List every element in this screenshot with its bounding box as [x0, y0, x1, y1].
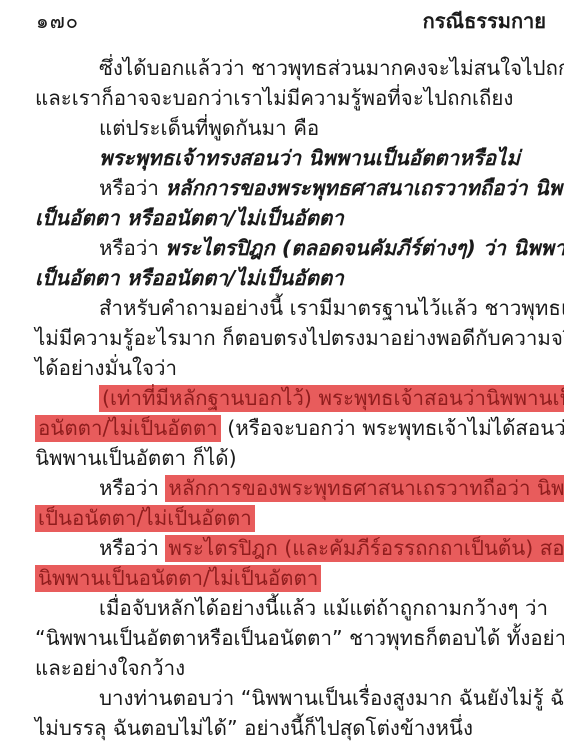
text-line: เป็นอนัตตา/ไม่เป็นอัตตา — [35, 503, 548, 533]
text-line: และเราก็อาจจะบอกว่าเราไม่มีความรู้พอที่จ… — [35, 83, 548, 113]
emphasis-text-segment: พระพุทธเจ้าทรงสอนว่า นิพพานเป็นอัตตาหรือ… — [99, 146, 520, 170]
text-segment: สำหรับคำถามอย่างนี้ เรามีมาตรฐานไว้แล้ว … — [99, 296, 564, 320]
text-segment: หรือว่า — [99, 476, 165, 500]
text-segment: หรือว่า — [99, 536, 165, 560]
emphasis-text-segment: เป็นอัตตา หรืออนัตตา/ไม่เป็นอัตตา — [35, 206, 344, 230]
text-segment: แต่ประเด็นที่พูดกันมา คือ — [99, 116, 319, 140]
text-line: สำหรับคำถามอย่างนี้ เรามีมาตรฐานไว้แล้ว … — [35, 293, 548, 323]
text-segment: เมื่อจับหลักได้อย่างนี้แล้ว แม้แต่ถ้าถูก… — [99, 596, 548, 620]
text-segment: ซึ่งได้บอกแล้วว่า ชาวพุทธส่วนมากคงจะไม่ส… — [99, 56, 564, 80]
book-page: ๑๗๐ กรณีธรรมกาย ซึ่งได้บอกแล้วว่า ชาวพุท… — [0, 0, 564, 748]
text-segment: และเราก็อาจจะบอกว่าเราไม่มีความรู้พอที่จ… — [35, 86, 513, 110]
text-line: อนัตตา/ไม่เป็นอัตตา (หรือจะบอกว่า พระพุท… — [35, 413, 548, 443]
text-line: เป็นอัตตา หรืออนัตตา/ไม่เป็นอัตตา — [35, 263, 548, 293]
text-line: พระพุทธเจ้าทรงสอนว่า นิพพานเป็นอัตตาหรือ… — [35, 143, 548, 173]
text-line: แต่ประเด็นที่พูดกันมา คือ — [35, 113, 548, 143]
text-segment: บางท่านตอบว่า “นิพพานเป็นเรื่องสูงมาก ฉั… — [99, 686, 564, 710]
text-segment: หรือว่า — [99, 176, 165, 200]
emphasis-text-segment: เป็นอัตตา หรืออนัตตา/ไม่เป็นอัตตา — [35, 266, 344, 290]
text-segment: ไม่มีความรู้อะไรมาก ก็ตอบตรงไปตรงมาอย่าง… — [35, 326, 564, 350]
text-segment: ได้อย่างมั่นใจว่า — [35, 356, 177, 380]
highlighted-text-segment: อนัตตา/ไม่เป็นอัตตา — [35, 415, 221, 442]
text-segment: นิพพานเป็นอัตตา ก็ได้) — [35, 446, 237, 470]
text-line: ได้อย่างมั่นใจว่า — [35, 353, 548, 383]
text-line: เป็นอัตตา หรืออนัตตา/ไม่เป็นอัตตา — [35, 203, 548, 233]
text-line: เมื่อจับหลักได้อย่างนี้แล้ว แม้แต่ถ้าถูก… — [35, 593, 548, 623]
text-line: หรือว่า หลักการของพระพุทธศาสนาเถรวาทถือว… — [35, 173, 548, 203]
text-segment: หรือว่า — [99, 236, 165, 260]
text-line: บางท่านตอบว่า “นิพพานเป็นเรื่องสูงมาก ฉั… — [35, 683, 548, 713]
text-line: หรือว่า พระไตรปิฎก (ตลอดจนคัมภีร์ต่างๆ) … — [35, 233, 548, 263]
highlighted-text-segment: (เท่าที่มีหลักฐานบอกไว้) พระพุทธเจ้าสอนว… — [99, 385, 564, 412]
text-line: ซึ่งได้บอกแล้วว่า ชาวพุทธส่วนมากคงจะไม่ส… — [35, 53, 548, 83]
text-line: หรือว่า พระไตรปิฎก (และคัมภีร์อรรถกถาเป็… — [35, 533, 548, 563]
text-line: และอย่างใจกว้าง — [35, 653, 548, 683]
text-segment: และอย่างใจกว้าง — [35, 656, 185, 680]
running-title: กรณีธรรมกาย — [423, 9, 546, 33]
text-line: นิพพานเป็นอนัตตา/ไม่เป็นอัตตา — [35, 563, 548, 593]
text-body: ซึ่งได้บอกแล้วว่า ชาวพุทธส่วนมากคงจะไม่ส… — [0, 53, 564, 743]
page-header: ๑๗๐ กรณีธรรมกาย — [0, 0, 564, 33]
highlighted-text-segment: เป็นอนัตตา/ไม่เป็นอัตตา — [35, 505, 255, 532]
highlighted-text-segment: หลักการของพระพุทธศาสนาเถรวาทถือว่า นิพพา… — [165, 475, 564, 502]
text-line: “นิพพานเป็นอัตตาหรือเป็นอนัตตา” ชาวพุทธก… — [35, 623, 548, 653]
emphasis-text-segment: พระไตรปิฎก (ตลอดจนคัมภีร์ต่างๆ) ว่า นิพพ… — [165, 236, 564, 260]
text-line: (เท่าที่มีหลักฐานบอกไว้) พระพุทธเจ้าสอนว… — [35, 383, 548, 413]
highlighted-text-segment: นิพพานเป็นอนัตตา/ไม่เป็นอัตตา — [35, 565, 321, 592]
text-segment: ไม่บรรลุ ฉันตอบไม่ได้” อย่างนี้ก็ไปสุดโต… — [35, 716, 473, 740]
text-segment: “นิพพานเป็นอัตตาหรือเป็นอนัตตา” ชาวพุทธก… — [35, 626, 564, 650]
page-number: ๑๗๐ — [36, 9, 79, 33]
text-line: ไม่บรรลุ ฉันตอบไม่ได้” อย่างนี้ก็ไปสุดโต… — [35, 713, 548, 743]
text-line: นิพพานเป็นอัตตา ก็ได้) — [35, 443, 548, 473]
emphasis-text-segment: หลักการของพระพุทธศาสนาเถรวาทถือว่า นิพพา… — [165, 176, 564, 200]
highlighted-text-segment: พระไตรปิฎก (และคัมภีร์อรรถกถาเป็นต้น) สอ… — [165, 535, 564, 562]
text-line: หรือว่า หลักการของพระพุทธศาสนาเถรวาทถือว… — [35, 473, 548, 503]
text-line: ไม่มีความรู้อะไรมาก ก็ตอบตรงไปตรงมาอย่าง… — [35, 323, 548, 353]
text-segment: (หรือจะบอกว่า พระพุทธเจ้าไม่ได้สอนว่า — [221, 416, 564, 440]
